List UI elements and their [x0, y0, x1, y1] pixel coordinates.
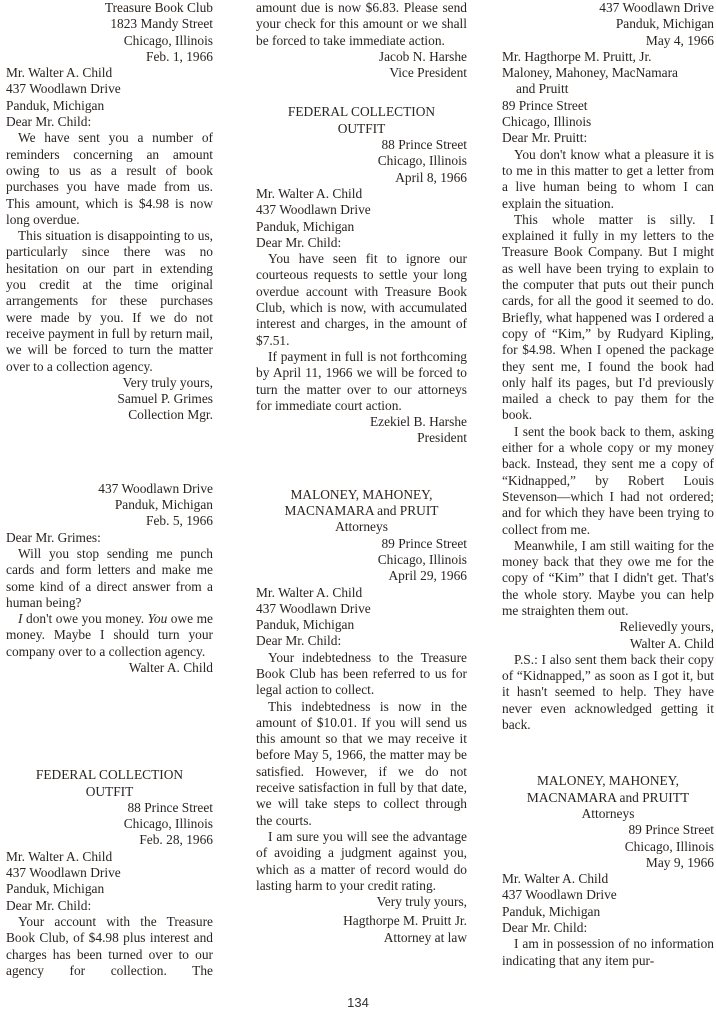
paragraph: This indebtedness is now in the amount o…: [256, 699, 467, 829]
letterhead-line: FEDERAL COLLECTION: [6, 767, 213, 783]
sender-city: Chicago, Illinois: [6, 816, 213, 832]
salutation: Dear Mr. Child:: [6, 898, 213, 914]
letter-treasure-book-club-feb-1: Treasure Book Club 1823 Mandy Street Chi…: [6, 0, 213, 424]
recipient-city: Panduk, Michigan: [256, 219, 467, 235]
letter-date: Feb. 5, 1966: [6, 513, 213, 529]
recipient-city: Chicago, Illinois: [502, 114, 714, 130]
letter-maloney-apr-29: MALONEY, MAHONEY, MACNAMARA and PRUIT At…: [256, 487, 467, 946]
recipient-city: Panduk, Michigan: [256, 617, 467, 633]
text: don't owe you money.: [22, 611, 147, 626]
closing: Relievedly yours,: [502, 619, 714, 635]
recipient-city: Panduk, Michigan: [502, 904, 714, 920]
letter-date: Feb. 1, 1966: [6, 49, 213, 65]
paragraph: Your indebtedness to the Treasure Book C…: [256, 650, 467, 699]
signature: Jacob N. Harshe: [256, 49, 467, 65]
sender-city: Chicago, Illinois: [256, 552, 467, 568]
letter-maloney-may-9: MALONEY, MAHONEY, MACNAMARA and PRUITT A…: [502, 773, 714, 969]
sender-city: Chicago, Illinois: [6, 33, 213, 49]
paragraph: I sent the book back to them, asking eit…: [502, 424, 714, 538]
paragraph: If payment in full is not forthcoming by…: [256, 349, 467, 414]
column-3: 437 Woodlawn Drive Panduk, Michigan May …: [502, 0, 714, 969]
recipient-firm: Maloney, Mahoney, MacNamara: [502, 65, 714, 81]
letterhead-line: OUTFIT: [256, 121, 467, 137]
letterhead-line: MALONEY, MAHONEY,: [256, 487, 467, 503]
emphasis: You: [148, 611, 168, 626]
signature: Samuel P. Grimes: [6, 391, 213, 407]
sender-street: 437 Woodlawn Drive: [6, 481, 213, 497]
paragraph: I don't owe you money. You owe me money.…: [6, 611, 213, 660]
sender-city: Chicago, Illinois: [502, 839, 714, 855]
paragraph: This whole matter is silly. I explained …: [502, 212, 714, 424]
paragraph: This situation is disappointing to us, p…: [6, 228, 213, 375]
sender-street: 88 Prince Street: [256, 137, 467, 153]
sender-street: 1823 Mandy Street: [6, 16, 213, 32]
recipient-name: Mr. Walter A. Child: [256, 585, 467, 601]
sender-street: 89 Prince Street: [256, 536, 467, 552]
letterhead-line: MACNAMARA and PRUITT: [502, 790, 714, 806]
letterhead-line: OUTFIT: [6, 784, 213, 800]
paragraph: We have sent you a number of reminders c…: [6, 130, 213, 228]
sender-street: 88 Prince Street: [6, 800, 213, 816]
sender-name: Treasure Book Club: [6, 0, 213, 16]
closing: Very truly yours,: [256, 894, 467, 910]
paragraph: You have seen fit to ignore our courteou…: [256, 251, 467, 349]
signer-title: President: [256, 430, 467, 446]
recipient-name: Mr. Walter A. Child: [256, 186, 467, 202]
signer-title: Collection Mgr.: [6, 407, 213, 423]
recipient-street: 437 Woodlawn Drive: [6, 865, 213, 881]
recipient-street: 437 Woodlawn Drive: [256, 202, 467, 218]
sender-city: Panduk, Michigan: [502, 16, 714, 32]
recipient-city: Panduk, Michigan: [6, 881, 213, 897]
signature: Walter A. Child: [6, 660, 213, 676]
signature: Walter A. Child: [502, 636, 714, 652]
sender-city: Panduk, Michigan: [6, 497, 213, 513]
letter-date: May 4, 1966: [502, 33, 714, 49]
recipient-firm-cont: and Pruitt: [502, 81, 714, 97]
sender-street: 437 Woodlawn Drive: [502, 0, 714, 16]
recipient-street: 437 Woodlawn Drive: [6, 81, 213, 97]
paragraph-part-1: Your account with the Treasure Book Club…: [6, 914, 213, 979]
signature: Ezekiel B. Harshe: [256, 414, 467, 430]
letter-date: April 29, 1966: [256, 568, 467, 584]
paragraph: Your account with the Treasure Book Club…: [6, 914, 213, 979]
letter-walter-child-may-4: 437 Woodlawn Drive Panduk, Michigan May …: [502, 0, 714, 733]
salutation: Dear Mr. Child:: [6, 114, 213, 130]
postscript: P.S.: I also sent them back their copy o…: [502, 652, 714, 733]
recipient-city: Panduk, Michigan: [6, 98, 213, 114]
paragraph: amount due is now $6.83. Please send you…: [256, 0, 467, 49]
signer-title: Attorney at law: [256, 930, 467, 946]
closing: Very truly yours,: [6, 375, 213, 391]
recipient-street: 89 Prince Street: [502, 98, 714, 114]
letterhead-line: MACNAMARA and PRUIT: [256, 503, 467, 519]
page-number: 134: [0, 995, 716, 1009]
letter-date: May 9, 1966: [502, 855, 714, 871]
paragraph: I am in possession of no information ind…: [502, 936, 714, 969]
paragraph: You don't know what a pleasure it is to …: [502, 147, 714, 212]
recipient-name: Mr. Hagthorpe M. Pruitt, Jr.: [502, 49, 714, 65]
recipient-street: 437 Woodlawn Drive: [502, 887, 714, 903]
letter-federal-collection-apr-8: FEDERAL COLLECTION OUTFIT 88 Prince Stre…: [256, 104, 467, 446]
sender-street: 89 Prince Street: [502, 822, 714, 838]
letterhead-line: MALONEY, MAHONEY,: [502, 773, 714, 789]
letter-date: Feb. 28, 1966: [6, 832, 213, 848]
sender-city: Chicago, Illinois: [256, 153, 467, 169]
letterhead-subtitle: Attorneys: [502, 806, 714, 822]
recipient-name: Mr. Walter A. Child: [502, 871, 714, 887]
recipient-name: Mr. Walter A. Child: [6, 65, 213, 81]
recipient-name: Mr. Walter A. Child: [6, 849, 213, 865]
letterhead-line: FEDERAL COLLECTION: [256, 104, 467, 120]
letterhead-subtitle: Attorneys: [256, 519, 467, 535]
signer-title: Vice President: [256, 65, 467, 81]
salutation: Dear Mr. Grimes:: [6, 530, 213, 546]
paragraph: Will you stop sending me punch cards and…: [6, 546, 213, 611]
paragraph-part-2: amount due is now $6.83. Please send you…: [256, 0, 467, 49]
recipient-street: 437 Woodlawn Drive: [256, 601, 467, 617]
salutation: Dear Mr. Child:: [502, 920, 714, 936]
salutation: Dear Mr. Pruitt:: [502, 130, 714, 146]
letter-walter-child-feb-5: 437 Woodlawn Drive Panduk, Michigan Feb.…: [6, 481, 213, 677]
paragraph: I am sure you will see the advantage of …: [256, 829, 467, 894]
letter-federal-collection-feb-28-continued: amount due is now $6.83. Please send you…: [256, 0, 467, 81]
paragraph: Meanwhile, I am still waiting for the mo…: [502, 538, 714, 619]
column-1: Treasure Book Club 1823 Mandy Street Chi…: [6, 0, 213, 979]
letter-federal-collection-feb-28: FEDERAL COLLECTION OUTFIT 88 Prince Stre…: [6, 767, 213, 979]
salutation: Dear Mr. Child:: [256, 235, 467, 251]
signature: Hagthorpe M. Pruitt Jr.: [256, 913, 467, 929]
column-2: amount due is now $6.83. Please send you…: [256, 0, 467, 946]
letter-date: April 8, 1966: [256, 170, 467, 186]
salutation: Dear Mr. Child:: [256, 633, 467, 649]
